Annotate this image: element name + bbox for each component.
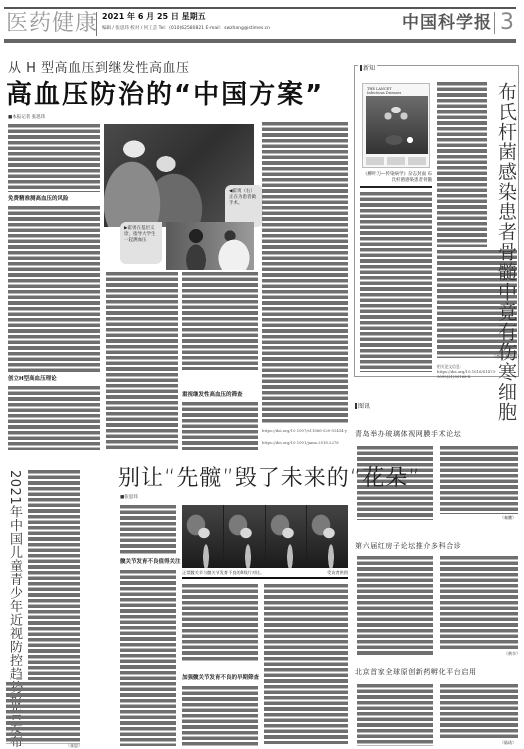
newspaper-logo: 中国科学报 (402, 12, 492, 34)
brief-3-col1: . (357, 684, 433, 746)
clinic-photo (166, 222, 254, 270)
xinzhi-label: 新知 (358, 65, 377, 73)
brief-1-credit: （秦鹏） (500, 515, 516, 521)
article-subhead-3: 重视继发性高血压的筛查 (182, 392, 243, 399)
xray-panel-1 (182, 505, 223, 568)
source-url[interactable]: https://doi.org/10.1016/S1473-3099(21)00… (437, 369, 496, 379)
xinzhi-label-text: 新知 (363, 65, 375, 72)
article-body-col3b: . (182, 402, 258, 450)
hip-xray-image (182, 505, 348, 568)
article-byline: ■本报记者 张思玮 (8, 114, 45, 120)
myopia-report-body-b: . (6, 682, 80, 744)
hip-article-lead: . (120, 505, 176, 555)
hip-article-byline: ■张思玮 (120, 494, 138, 500)
xinzhi-source: 相关论文信息：https://doi.org/10.1016/S1473-309… (437, 364, 524, 379)
xray-rule (182, 577, 348, 579)
article-kicker: 从 H 型高血压到继发性高血压 (8, 61, 190, 77)
masthead-divider (96, 12, 97, 36)
xray-panel-3 (266, 505, 307, 568)
page-number-divider (494, 12, 495, 34)
xray-caption-row: 正常髋关节与髋关节发育不良的X线片对比。 受访者供图 (182, 570, 348, 576)
lancet-cover-caption: 《柳叶刀—传染病学》杂志封面 布氏杆菌感染患者骨髓 (360, 172, 432, 184)
xinzhi-body-col1: . (360, 192, 432, 372)
article-body-col4: . (262, 122, 348, 424)
brief-title-3: 北京首家全球原创新药孵化平台启用 (355, 668, 477, 677)
brief-title-2: 第六届红房子论坛推介多科合诊 (355, 542, 461, 551)
brief-3-credit: （陆琦） (500, 740, 516, 746)
article-body-col3a: . (182, 272, 258, 370)
lancet-cover-footer (366, 157, 428, 165)
label-bar-icon (355, 403, 357, 409)
lancet-cover-title: THE LANCETInfectious Diseases (367, 87, 401, 95)
masthead-bottom-rule (4, 39, 516, 43)
hip-subhead-1: 髋关节发育不良值得关注 (120, 559, 181, 566)
lancet-cover-image (366, 96, 428, 154)
hip-article-col1: . (120, 570, 176, 746)
masthead-top-rule (4, 7, 516, 9)
xinzhi-body-col2a: . (437, 82, 487, 247)
xinzhi-author-credit: （李思 谢芸芸） (492, 354, 521, 360)
briefs-label: 图讯 (355, 403, 370, 411)
article-body-col1b: . (8, 335, 100, 373)
label-bar-icon (360, 65, 362, 71)
brief-2-col1: . (357, 556, 433, 656)
article-subhead-2: 创立H型高血压理论 (8, 376, 57, 383)
hip-article-col3: . (264, 584, 348, 744)
hip-subhead-2: 加强髋关节发育不良的早期筛查 (182, 675, 259, 682)
xray-panel-4 (307, 505, 348, 568)
hip-article-col2a: . (182, 584, 258, 662)
hip-article-col2b: . (182, 686, 258, 746)
article-body-col1c: . (8, 386, 100, 450)
section-name: 医药健康 (6, 11, 98, 37)
brief-3-col2: . (440, 684, 518, 738)
photo-caption-2: ▶霍勇在基层义诊，指导大学生一起测血压 (120, 222, 162, 264)
article-body-col1: . (8, 206, 100, 334)
caption-rule (360, 186, 432, 188)
article-body-col2: . (106, 272, 178, 450)
myopia-report-credit: （张思） (66, 743, 82, 749)
briefs-label-text: 图讯 (358, 403, 370, 410)
brief-2-col2: . (440, 556, 518, 650)
reference-link-1[interactable]: https://doi.org/10.1007/s11886-020-01434… (262, 428, 348, 433)
photo-caption-1: ◀霍勇（右）正在为患者做手术。 (225, 185, 263, 227)
brief-1-col2: . (440, 446, 518, 514)
page-number: 3 (500, 10, 514, 36)
article-headline: 高血压防治的“中国方案” (6, 80, 324, 110)
xray-panel-2 (224, 505, 265, 568)
lancet-subtitle-text: Infectious Diseases (367, 91, 401, 95)
reference-link-2[interactable]: https://doi.org/10.1001/jama.2018.2278 (262, 440, 348, 445)
brief-2-credit: （黄辛） (504, 651, 520, 657)
lancet-cover: THE LANCETInfectious Diseases (362, 83, 430, 168)
xray-credit: 受访者供图 (327, 570, 348, 576)
xray-caption: 正常髋关节与髋关节发育不良的X线片对比。 (182, 570, 264, 576)
article-subhead-1: 免费精准测高血压的风险 (8, 196, 69, 203)
brief-title-1: 青岛举办玻璃体视网膜手术论坛 (355, 430, 461, 439)
article-lead-text: “我国高血压防治已迈入精准化时代。”近日，在中国医师协会等单位主办的高血压防治高… (8, 124, 100, 192)
myopia-report-body: . (28, 470, 80, 680)
issue-date: 2021 年 6 月 25 日 星期五 (102, 12, 206, 22)
editor-credits: 编辑 / 张思玮 校对 / 何工芸 Tel：(010)62580821 E-ma… (102, 26, 270, 32)
hip-article-title: 别让“先髋”毁了未来的“花朵” (118, 466, 421, 492)
